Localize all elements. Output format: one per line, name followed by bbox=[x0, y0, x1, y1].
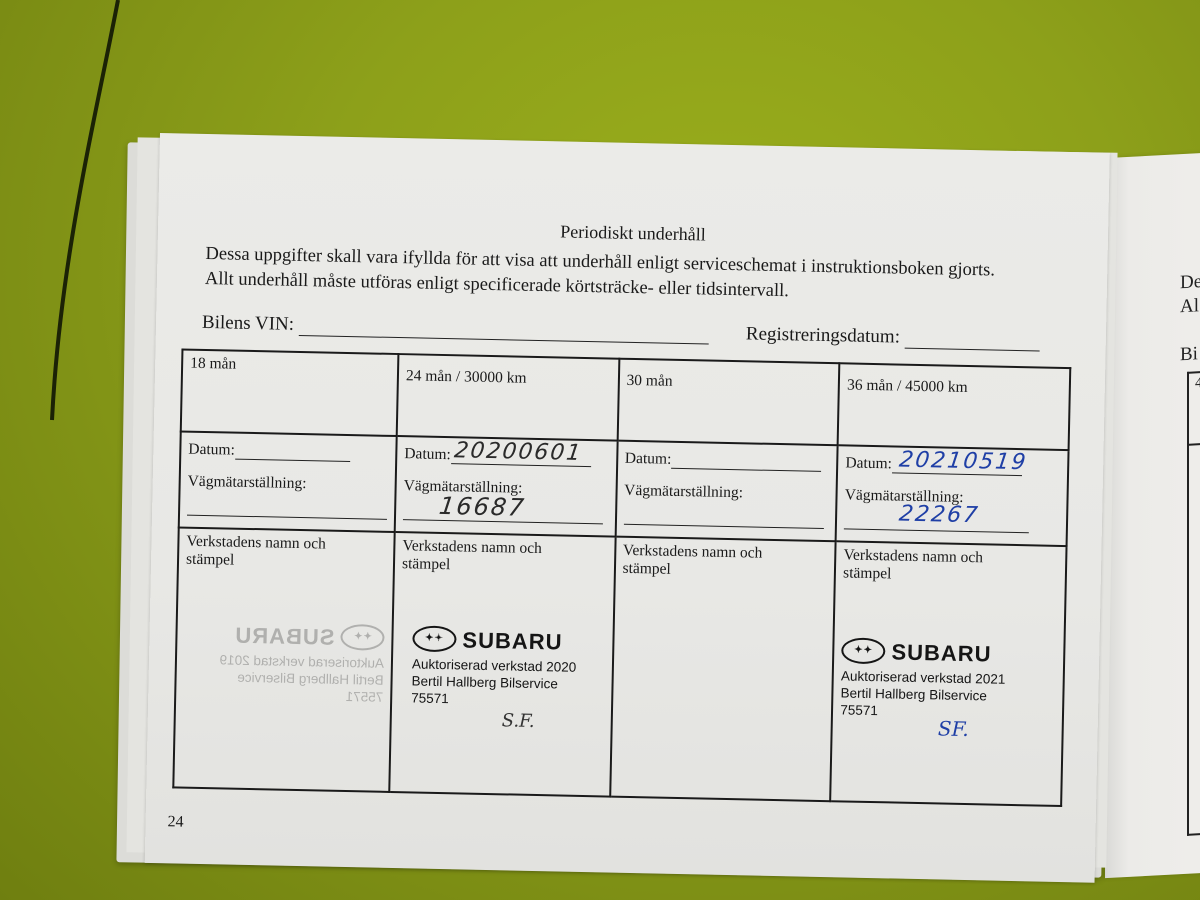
date-odometer-cell: Datum: 20200601 Vägmätarställning: 16687 bbox=[395, 436, 618, 537]
workshop-cell: Verkstadens namn och stämpel ✦✦ SUBARU A… bbox=[389, 532, 615, 797]
interval-cell: 24 mån / 30000 km bbox=[397, 354, 619, 441]
interval-label: 36 mån / 45000 km bbox=[847, 376, 1062, 398]
next-page-table bbox=[1187, 369, 1200, 836]
registration-date-group: Registreringsdatum: bbox=[746, 323, 1040, 351]
interval-cell: 30 mån bbox=[617, 359, 839, 446]
interval-label: 24 mån / 30000 km bbox=[406, 367, 611, 389]
next-page-text-1: De bbox=[1180, 271, 1200, 294]
registration-date-field[interactable] bbox=[904, 330, 1039, 352]
odometer-value-handwritten: 16687 bbox=[437, 492, 527, 522]
workshop-cell: Verkstadens namn och stämpel ✦✦ SUBARU A… bbox=[830, 541, 1066, 806]
stamp-brand: ✦✦ SUBARU bbox=[412, 625, 605, 655]
date-label: Datum: bbox=[845, 454, 892, 473]
workshop-label: Verkstadens namn och stämpel bbox=[402, 537, 573, 577]
stamp-line: 75571 bbox=[183, 685, 383, 706]
interval-cell: 18 mån bbox=[181, 350, 399, 437]
odometer-field[interactable]: 22267 bbox=[844, 506, 1029, 533]
date-field[interactable]: Datum: bbox=[625, 450, 830, 472]
next-page-text-3: Bi bbox=[1180, 343, 1198, 366]
date-label: Datum: bbox=[404, 445, 451, 464]
faded-mirrored-stamp: ✦✦ SUBARU Auktoriserad verkstad 2019 Ber… bbox=[183, 621, 385, 706]
stamp-line: 75571 bbox=[411, 689, 604, 710]
date-odometer-cell: Datum: Vägmätarställning: bbox=[179, 432, 397, 533]
service-schedule-table: 18 mån 24 mån / 30000 km 30 mån 36 mån /… bbox=[172, 348, 1071, 807]
workshop-stamp: ✦✦ SUBARU Auktoriserad verkstad 2021 Ber… bbox=[840, 637, 1056, 722]
workshop-stamp: ✦✦ SUBARU Auktoriserad verkstad 2020 Ber… bbox=[411, 625, 605, 710]
date-label: Datum: bbox=[188, 441, 235, 460]
date-label: Datum: bbox=[625, 450, 672, 469]
page-number: 24 bbox=[167, 813, 183, 831]
date-odometer-row: Datum: Vägmätarställning: Datum: 2020060… bbox=[179, 432, 1069, 547]
odometer-field[interactable] bbox=[187, 493, 387, 520]
odometer-field[interactable] bbox=[624, 502, 824, 529]
vehicle-info-row: Bilens VIN: Registreringsdatum: bbox=[202, 312, 1072, 352]
next-page: De Al Bi 4 bbox=[1105, 152, 1200, 878]
odometer-field[interactable]: 16687 bbox=[403, 497, 603, 524]
registration-date-label: Registreringsdatum: bbox=[746, 323, 900, 347]
signature: SF. bbox=[938, 716, 969, 741]
date-line bbox=[235, 445, 350, 462]
intro-text: Dessa uppgifter skall vara ifyllda för a… bbox=[205, 242, 996, 309]
workshop-cell: Verkstadens namn och stämpel bbox=[610, 537, 836, 802]
workshop-label: Verkstadens namn och stämpel bbox=[843, 546, 1014, 586]
signature: S.F. bbox=[502, 710, 535, 732]
stamp-brand: ✦✦ SUBARU bbox=[841, 637, 1056, 667]
date-line bbox=[671, 454, 821, 472]
stamp-brand: ✦✦ SUBARU bbox=[184, 621, 385, 651]
date-value-handwritten: 20200601 bbox=[453, 438, 584, 466]
subaru-logo-icon: ✦✦ bbox=[841, 637, 886, 664]
workshop-stamp-row: Verkstadens namn och stämpel ✦✦ SUBARU A… bbox=[173, 527, 1066, 806]
date-odometer-cell: Datum: 20210519 Vägmätarställning: 22267 bbox=[836, 445, 1069, 546]
odometer-value-handwritten: 22267 bbox=[898, 502, 981, 529]
interval-cell: 36 mån / 45000 km bbox=[838, 363, 1070, 450]
odometer-label: Vägmätarställning: bbox=[188, 473, 388, 495]
vin-field[interactable] bbox=[299, 317, 709, 345]
next-page-text-2: Al bbox=[1180, 295, 1199, 318]
odometer-label: Vägmätarställning: bbox=[624, 482, 829, 504]
date-field[interactable]: Datum: bbox=[188, 441, 388, 463]
subaru-logo-icon: ✦✦ bbox=[412, 625, 457, 652]
interval-label: 30 mån bbox=[626, 372, 831, 394]
date-value-handwritten: 20210519 bbox=[898, 448, 1029, 476]
vin-label: Bilens VIN: bbox=[202, 312, 294, 335]
date-field[interactable]: Datum: 20200601 bbox=[404, 445, 609, 467]
subaru-logo-icon: ✦✦ bbox=[340, 624, 385, 651]
service-record-page: Periodiskt underhåll Dessa uppgifter ska… bbox=[145, 133, 1110, 883]
workshop-label: Verkstadens namn och stämpel bbox=[622, 542, 793, 582]
next-page-cell: 4 bbox=[1195, 375, 1200, 392]
workshop-label: Verkstadens namn och stämpel bbox=[186, 533, 347, 572]
workshop-cell: Verkstadens namn och stämpel ✦✦ SUBARU A… bbox=[173, 527, 394, 791]
date-odometer-cell: Datum: Vägmätarställning: bbox=[615, 441, 838, 542]
date-field[interactable]: Datum: 20210519 bbox=[845, 454, 1060, 476]
